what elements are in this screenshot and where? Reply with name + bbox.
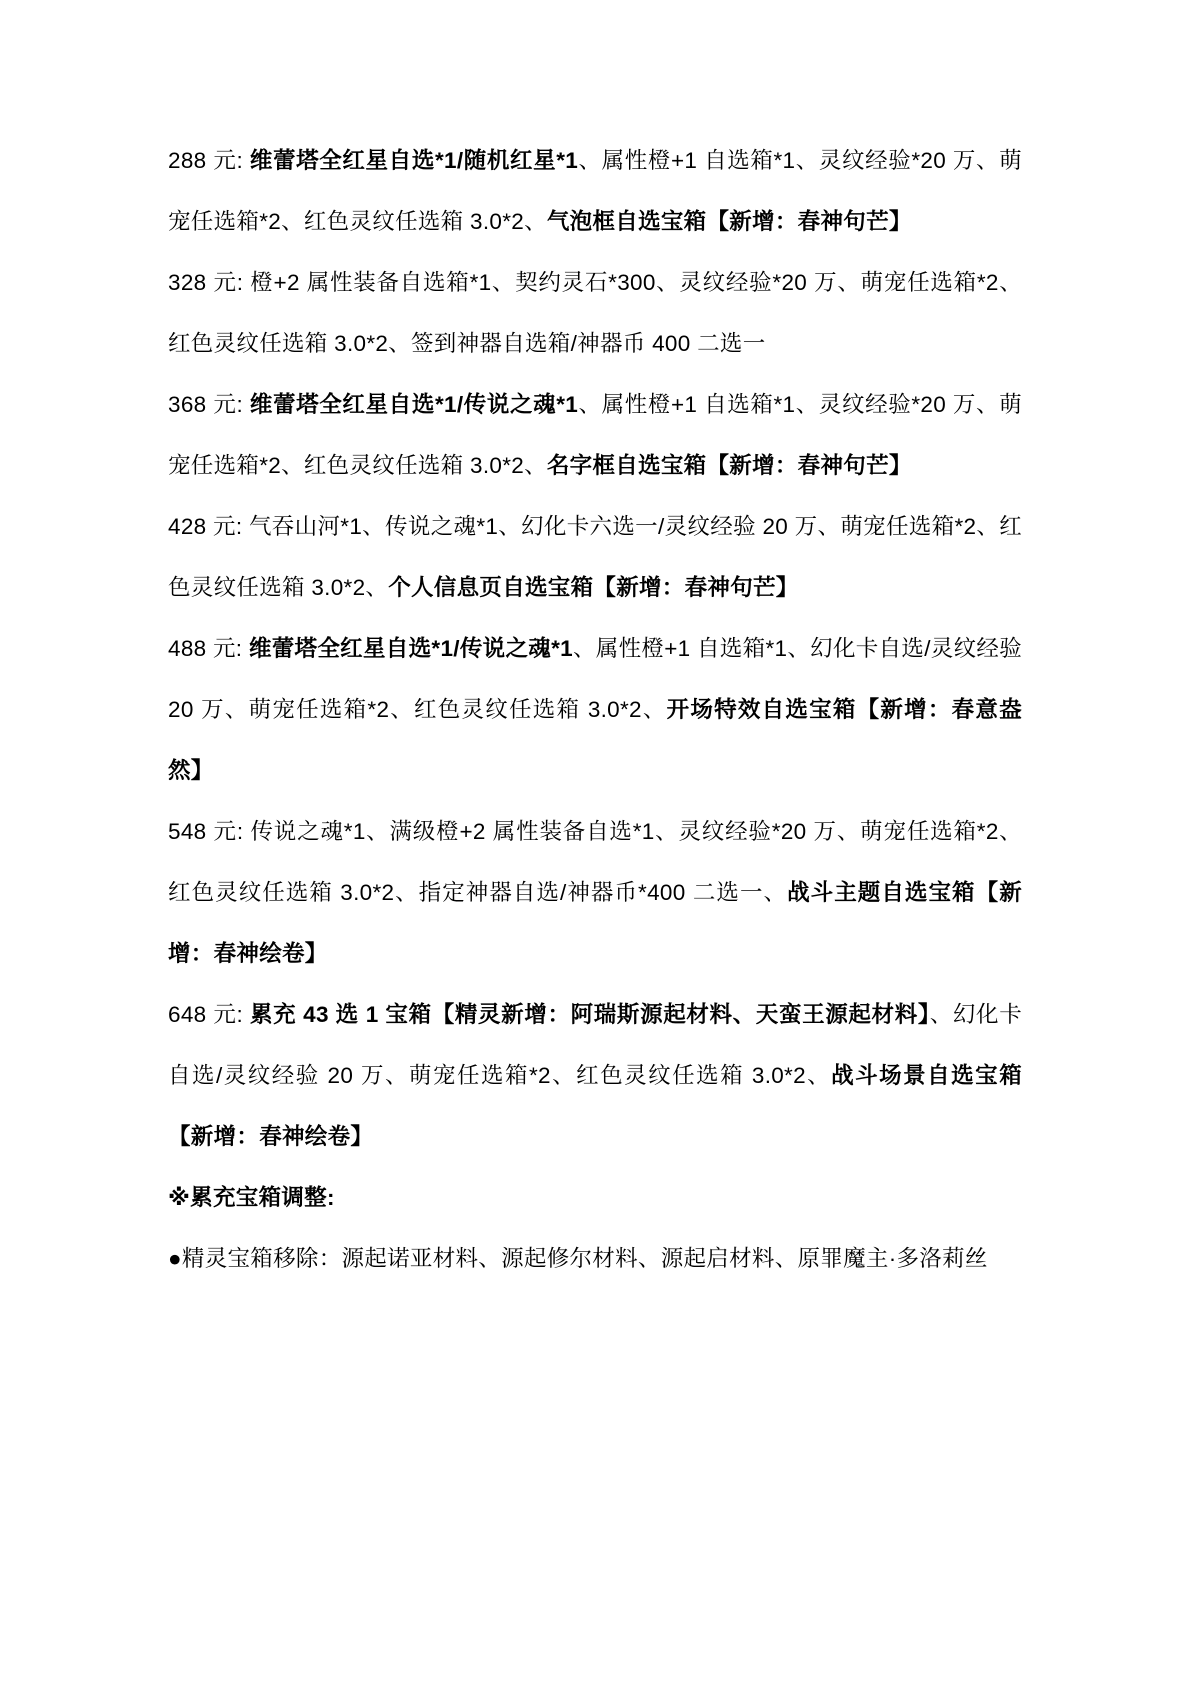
bold-text-run: 维蕾塔全红星自选*1/随机红星*1 — [250, 148, 578, 173]
text-run: 328 元: 橙+2 属性装备自选箱*1、契约灵石*300、灵纹经验*20 万、… — [168, 270, 1022, 356]
paragraph-tier-288: 288 元: 维蕾塔全红星自选*1/随机红星*1、属性橙+1 自选箱*1、灵纹经… — [168, 130, 1022, 252]
paragraph-tier-488: 488 元: 维蕾塔全红星自选*1/传说之魂*1、属性橙+1 自选箱*1、幻化卡… — [168, 618, 1022, 801]
text-run: 368 元: — [168, 392, 250, 417]
text-run: 488 元: — [168, 636, 249, 661]
bold-text-run: 维蕾塔全红星自选*1/传说之魂*1 — [250, 392, 578, 417]
bold-text-run: ※累充宝箱调整: — [168, 1185, 335, 1210]
bold-text-run: 名字框自选宝箱【新增：春神句芒】 — [547, 453, 912, 478]
text-run: 288 元: — [168, 148, 250, 173]
heading-chest-adjustment: ※累充宝箱调整: — [168, 1167, 1022, 1228]
paragraph-tier-368: 368 元: 维蕾塔全红星自选*1/传说之魂*1、属性橙+1 自选箱*1、灵纹经… — [168, 374, 1022, 496]
bold-text-run: 气泡框自选宝箱【新增：春神句芒】 — [547, 209, 912, 234]
bold-text-run: 累充 43 选 1 宝箱【精灵新增：阿瑞斯源起材料、天蛮王源起材料】 — [250, 1002, 930, 1027]
paragraph-tier-428: 428 元: 气吞山河*1、传说之魂*1、幻化卡六选一/灵纹经验 20 万、萌宠… — [168, 496, 1022, 618]
paragraph-tier-648: 648 元: 累充 43 选 1 宝箱【精灵新增：阿瑞斯源起材料、天蛮王源起材料… — [168, 984, 1022, 1167]
bullet-sprite-chest-removal: ●精灵宝箱移除：源起诺亚材料、源起修尔材料、源起启材料、原罪魔主·多洛莉丝 — [168, 1228, 1022, 1289]
text-run: ●精灵宝箱移除：源起诺亚材料、源起修尔材料、源起启材料、原罪魔主·多洛莉丝 — [168, 1246, 988, 1271]
paragraph-tier-328: 328 元: 橙+2 属性装备自选箱*1、契约灵石*300、灵纹经验*20 万、… — [168, 252, 1022, 374]
text-run: 648 元: — [168, 1002, 250, 1027]
bold-text-run: 维蕾塔全红星自选*1/传说之魂*1 — [249, 636, 573, 661]
paragraph-tier-548: 548 元: 传说之魂*1、满级橙+2 属性装备自选*1、灵纹经验*20 万、萌… — [168, 801, 1022, 984]
document-page: 288 元: 维蕾塔全红星自选*1/随机红星*1、属性橙+1 自选箱*1、灵纹经… — [0, 0, 1190, 1683]
bold-text-run: 个人信息页自选宝箱【新增：春神句芒】 — [388, 575, 798, 600]
document-body: 288 元: 维蕾塔全红星自选*1/随机红星*1、属性橙+1 自选箱*1、灵纹经… — [0, 0, 1190, 1289]
